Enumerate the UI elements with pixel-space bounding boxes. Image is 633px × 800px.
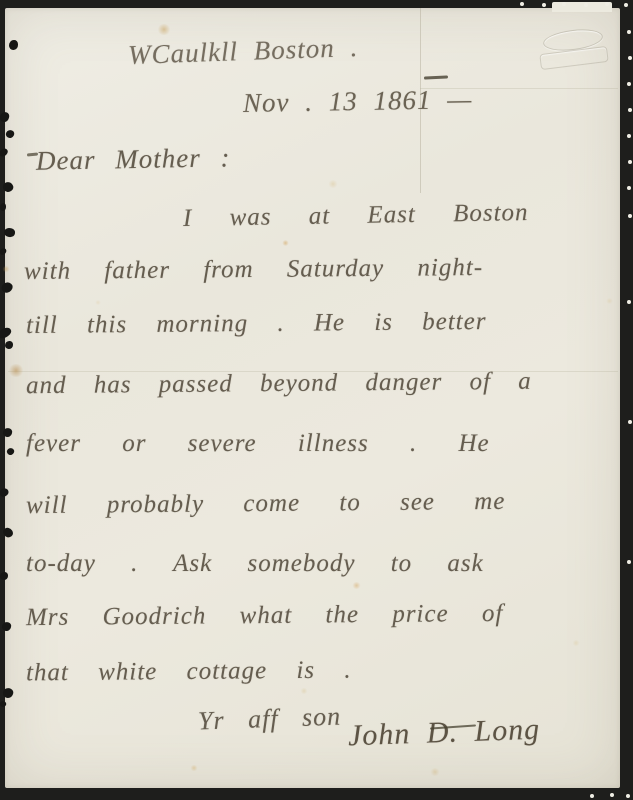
- paper-tear-mark: [0, 203, 6, 211]
- letter-line-body-8: Mrs Goodrich what the price of: [26, 600, 504, 632]
- scan-edge-speck: [624, 3, 628, 7]
- scan-edge-speck: [605, 2, 609, 6]
- letter-line-body-4: and has passed beyond danger of a: [26, 368, 532, 400]
- scan-edge-speck: [628, 108, 632, 112]
- foxing-stain: [8, 364, 24, 377]
- scan-edge-speck: [628, 214, 632, 218]
- scan-edge-speck: [627, 186, 631, 190]
- scan-edge-speck: [628, 420, 632, 424]
- scan-edge-speck: [627, 30, 631, 34]
- foxing-stain: [606, 298, 613, 304]
- letter-line-salutation: Dear Mother :: [36, 142, 231, 176]
- foxing-stain: [328, 180, 338, 188]
- foxing-stain: [430, 768, 440, 776]
- scan-edge-speck: [627, 560, 631, 564]
- letter-line-body-2: with father from Saturday night-: [24, 254, 483, 286]
- letter-line-date: Nov . 13 1861 —: [243, 84, 473, 119]
- scan-edge-speck: [626, 794, 630, 798]
- letter-line-body-6: will probably come to see me: [26, 488, 506, 520]
- scan-edge-speck: [542, 3, 546, 7]
- letter-line-body-5: fever or severe illness . He: [26, 430, 490, 458]
- foxing-stain: [282, 240, 289, 246]
- scan-edge-speck: [628, 160, 632, 164]
- paper-tear-mark: [5, 341, 13, 349]
- paper-tear-mark: [0, 572, 8, 580]
- letter-line-closing: Yr aff son: [198, 702, 342, 737]
- scan-edge-speck: [627, 82, 631, 86]
- letter-line-body-9: that white cottage is .: [26, 657, 352, 688]
- scan-edge-speck: [610, 793, 614, 797]
- foxing-stain: [95, 300, 101, 305]
- scan-edge-speck: [627, 300, 631, 304]
- paper-tear-mark: [9, 40, 18, 50]
- scan-edge-speck: [562, 2, 566, 6]
- letter-line-body-7: to-day . Ask somebody to ask: [26, 550, 484, 578]
- paper-edge-tab: [552, 2, 612, 12]
- letter-line-body-3: till this morning . He is better: [26, 308, 487, 340]
- scan-edge-speck: [590, 794, 594, 798]
- scan-edge-speck: [627, 134, 631, 138]
- scanned-letter-page: WCaulkll Boston . Nov . 13 1861 — Dear M…: [0, 0, 633, 800]
- scan-edge-speck: [520, 2, 524, 6]
- scan-edge-speck: [584, 3, 588, 7]
- letter-signature: John D. Long: [347, 713, 540, 754]
- scan-edge-speck: [628, 56, 632, 60]
